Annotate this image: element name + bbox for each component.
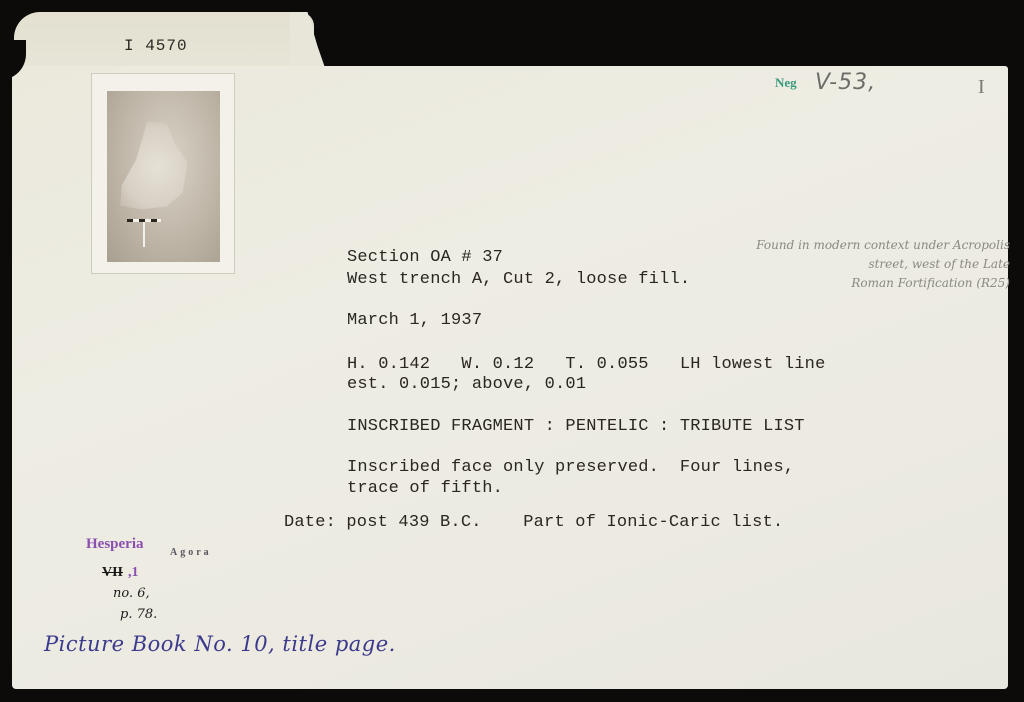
section-line: Section OA # 37 [347,247,503,268]
note-line-3: Roman Fortification (R25) [660,274,1010,293]
fragment-photo [107,91,220,262]
scale-stem [143,222,145,247]
card-tab-edge [290,12,340,74]
dimensions-line-2: est. 0.015; above, 0.01 [347,374,586,395]
handwritten-findspot-note: Found in modern context under Acropolis … [660,236,1010,293]
volume-struck: VII [102,565,123,581]
agora-stamp: Agora [170,547,212,558]
hesperia-stamp: Hesperia [86,536,144,553]
note-line-1: Found in modern context under Acropolis [660,236,1010,255]
description-line-1: Inscribed face only preserved. Four line… [347,457,794,478]
photo-mount [91,73,235,274]
volume-number: ,1 [128,565,139,581]
corner-mark: I [978,76,985,99]
date-found: March 1, 1937 [347,310,482,331]
dimensions-line-1: H. 0.142 W. 0.12 T. 0.055 LH lowest line [347,354,825,375]
publication-number: no. 6, [113,586,150,601]
note-line-2: street, west of the Late [660,255,1010,274]
location-line: West trench A, Cut 2, loose fill. [347,269,690,290]
negative-label: Neg [775,75,797,91]
catalog-number: I 4570 [124,36,188,57]
negative-number: V-53, [815,70,876,95]
publication-page: p. 78. [120,607,157,622]
picture-book-note: Picture Book No. 10, title page. [44,632,396,656]
inscribed-fragment-image [117,121,197,213]
classification: INSCRIBED FRAGMENT : PENTELIC : TRIBUTE … [347,416,805,437]
description-line-2: trace of fifth. [347,478,503,499]
dating-line: Date: post 439 B.C. Part of Ionic-Caric … [284,512,783,533]
